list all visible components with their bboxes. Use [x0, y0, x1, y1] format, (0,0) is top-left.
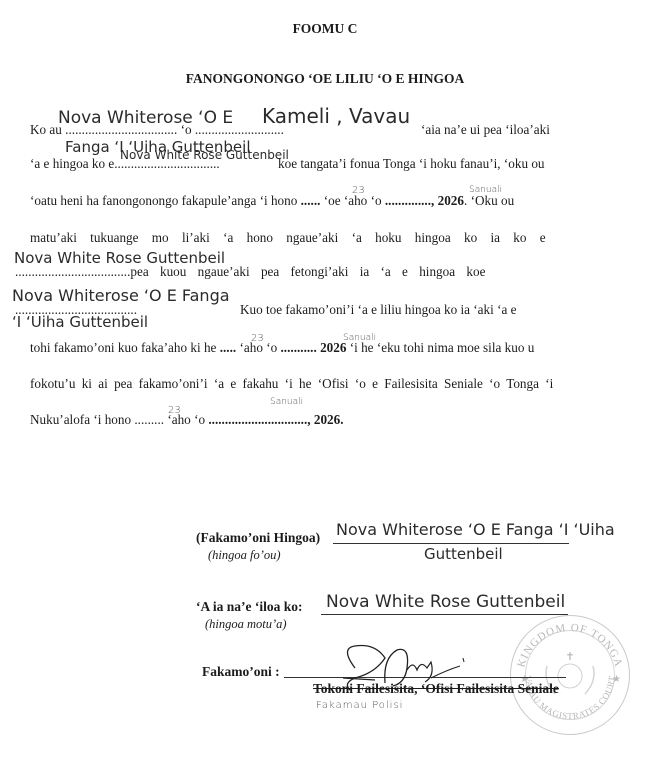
handwritten-day: 23 — [168, 405, 181, 416]
form-heading: FANONGONONGO ‘OE LILIU ‘O E HINGOA — [0, 71, 650, 87]
svg-text:★: ★ — [612, 674, 621, 685]
fill-in-dots: .............., — [385, 193, 434, 208]
new-name-label: (Fakamo’oni Hingoa) — [196, 530, 320, 546]
body-line-8: fokotu’u ki ai pea fakamo’oni’i ‘a e fak… — [30, 376, 553, 392]
body-line-1-suffix: ‘aia na’e ui pea ‘iloa’aki — [421, 122, 550, 138]
known-as-sublabel: (hingoa motu’a) — [205, 617, 287, 632]
body-line-2-suffix: koe tangata’i fonua Tonga ‘i hoku fanau’… — [278, 156, 545, 172]
new-name-sublabel: (hingoa fo’ou) — [208, 548, 281, 563]
known-as-signature-line — [321, 614, 568, 615]
stamp-emblem-icon: KINGDOM OF TONGA VAVAU MAGISTRATES COURT… — [511, 616, 629, 734]
body-line-3: ‘oatu heni ha fanongonongo fakapule’anga… — [30, 193, 514, 209]
text: ‘i he ‘eku tohi nima moe sila kuo u — [350, 340, 535, 355]
body-line-9: Nuku’alofa ‘i hono ......... ‘aho ‘o ...… — [30, 412, 344, 428]
fill-in-dots: ..... — [220, 340, 236, 355]
handwritten-new-name-continued: ‘I ‘Uiha Guttenbeil — [12, 313, 148, 331]
handwritten-old-name: Nova White Rose Guttenbeil — [120, 148, 289, 162]
handwritten-old-name: Nova White Rose Guttenbeil — [326, 592, 565, 612]
witness-label: Fakamo’oni : — [202, 664, 280, 680]
text: Nuku’alofa ‘i hono — [30, 412, 131, 427]
handwritten-month: Sanuali — [469, 185, 502, 195]
form-label: FOOMU C — [0, 21, 650, 37]
svg-text:✝: ✝ — [565, 651, 574, 663]
fill-in-dots: ......... — [134, 412, 164, 427]
handwritten-father-name: Kameli , Vavau — [262, 104, 410, 128]
body-line-7: tohi fakamo’oni kuo faka’aho ki he .....… — [30, 340, 534, 356]
fill-in-dots: ...... — [301, 193, 321, 208]
handwritten-day: 23 — [352, 185, 365, 196]
witness-title-struck: Tokoni Failesisita, ‘Ofisi Failesisita S… — [313, 681, 559, 697]
court-stamp: KINGDOM OF TONGA VAVAU MAGISTRATES COURT… — [510, 615, 630, 735]
body-line-6-suffix: Kuo toe fakamo’oni’i ‘a e liliu hingoa k… — [240, 302, 516, 318]
handwritten-new-name: Nova Whiterose ‘O E Fanga — [12, 286, 230, 305]
text: tohi fakamo’oni kuo faka’aho ki he — [30, 340, 216, 355]
text: ‘oatu heni ha fanongonongo fakapule’anga… — [30, 193, 297, 208]
handwritten-month: Sanuali — [270, 397, 303, 407]
text: . ‘Oku ou — [464, 193, 514, 208]
handwritten-new-name-continued: Guttenbeil — [424, 545, 503, 563]
handwritten-new-name: Nova Whiterose ‘O E Fanga ‘I ‘Uiha — [336, 520, 615, 539]
handwritten-day: 23 — [251, 333, 264, 344]
year: 2026 — [438, 193, 464, 208]
body-line-4: matu’aki tukuange mo li’aki ‘a hono ngau… — [30, 230, 546, 246]
handwritten-old-name: Nova White Rose Guttenbeil — [14, 249, 225, 267]
year: 2026. — [314, 412, 344, 427]
new-name-signature-line — [333, 543, 569, 544]
fill-in-dots: ........... — [281, 340, 317, 355]
handwritten-new-name: Nova Whiterose ‘O E — [58, 108, 233, 128]
handwritten-month: Sanuali — [343, 333, 376, 343]
handwritten-witness-title: Fakamau Polisi — [316, 700, 403, 711]
fill-in-dots: .............................., — [208, 412, 310, 427]
text: ‘a e hingoa ko e — [30, 156, 114, 171]
known-as-label: ‘A ia na’e ‘iloa ko: — [196, 599, 303, 615]
